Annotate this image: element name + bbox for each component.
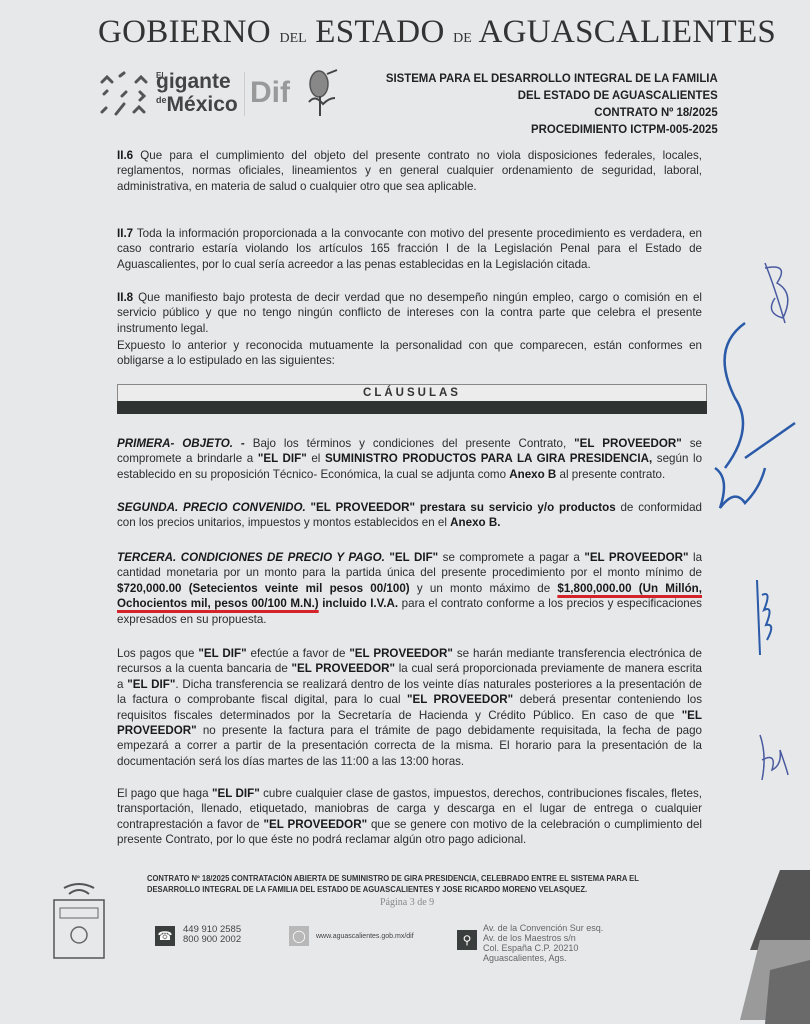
clause-bold: "EL PROVEEDOR" (292, 662, 395, 675)
dif-logo: Dif (250, 76, 290, 110)
logo-divider (244, 72, 245, 116)
section-ii6: II.6 Que para el cumplimiento del objeto… (117, 148, 702, 194)
address-line: Av. de la Convención Sur esq. (483, 923, 603, 933)
section-label: II.8 (117, 291, 133, 304)
clausulas-header: CLÁUSULAS (117, 384, 707, 414)
clause-text: al presente contrato. (556, 468, 665, 481)
gov-title-word: GOBIERNO (98, 14, 271, 50)
clause-title: SEGUNDA. PRECIO CONVENIDO. (117, 501, 306, 514)
clause-bold: "EL DIF" (198, 647, 246, 660)
procedure-number: PROCEDIMIENTO ICTPM-005-2025 (386, 121, 718, 138)
clause-bold: "EL PROVEEDOR" prestara su servicio y/o … (306, 501, 616, 514)
location-icon: ⚲ (457, 930, 477, 950)
footer-address: Av. de la Convención Sur esq. Av. de los… (483, 923, 603, 963)
gigante-logo-text: El gigante deMéxico (156, 72, 238, 114)
clause-title: PRIMERA- OBJETO. - (117, 437, 245, 450)
phone-number-2: 800 900 2002 (183, 935, 241, 945)
payments-paragraph: Los pagos que "EL DIF" efectúe a favor d… (117, 646, 702, 769)
section-text: Que para el cumplimiento del objeto del … (117, 149, 702, 193)
clause-tercera: TERCERA. CONDICIONES DE PRECIO Y PAGO. "… (117, 550, 702, 627)
gigante-el: El (156, 66, 164, 85)
section-text: Que manifiesto bajo protesta de decir ve… (117, 291, 702, 335)
clause-text: Bajo los términos y condiciones del pres… (245, 437, 574, 450)
section-ii8: II.8 Que manifiesto bajo protesta de dec… (117, 290, 702, 336)
contract-number: CONTRATO Nº 18/2025 (386, 104, 718, 121)
clause-text: se compromete a pagar a (438, 551, 584, 564)
gov-title-connector: DE (453, 31, 472, 46)
clause-bold: "EL PROVEEDOR" (349, 647, 453, 660)
clause-text: El pago que haga (117, 787, 212, 800)
dif-flower-icon (303, 68, 339, 118)
clause-text: y un monto máximo de (410, 582, 558, 595)
web-icon: ◯ (289, 926, 309, 946)
footer-website[interactable]: www.aguascalientes.gob.mx/dif (316, 932, 414, 942)
clausulas-title: CLÁUSULAS (117, 384, 707, 401)
footer-decorative-shape (720, 870, 810, 1024)
clause-segunda: SEGUNDA. PRECIO CONVENIDO. "EL PROVEEDOR… (117, 500, 702, 531)
footer-phones: 449 910 2585 800 900 2002 (183, 925, 241, 945)
government-title: GOBIERNO DEL ESTADO DE AGUASCALIENTES (98, 14, 738, 51)
section-label: II.6 (117, 149, 133, 162)
intro-paragraph: Expuesto lo anterior y reconocida mutuam… (117, 338, 702, 369)
signature-2 (705, 318, 800, 518)
gov-title-connector: DEL (279, 31, 306, 46)
clause-text: no presente la factura para el trámite d… (117, 724, 702, 768)
clause-bold: SUMINISTRO PRODUCTOS PARA LA GIRA PRESID… (325, 452, 652, 465)
clause-text: Los pagos que (117, 647, 198, 660)
org-name-line1: SISTEMA PARA EL DESARROLLO INTEGRAL DE L… (386, 70, 718, 87)
footer-contract-description: CONTRATO Nº 18/2025 CONTRATACIÓN ABIERTA… (147, 874, 679, 895)
payment-coverage-paragraph: El pago que haga "EL DIF" cubre cualquie… (117, 786, 702, 848)
signature-3 (752, 575, 782, 660)
clause-bold: "EL DIF" (212, 787, 260, 800)
clause-bold: incluido I.V.A. (319, 597, 398, 610)
clause-bold: "EL PROVEEDOR" (407, 693, 513, 706)
gov-title-word: ESTADO (315, 14, 444, 50)
clause-title: TERCERA. CONDICIONES DE PRECIO Y PAGO. (117, 551, 385, 564)
gigante-de: de (156, 95, 167, 105)
section-label: II.7 (117, 227, 133, 240)
address-line: Aguascalientes, Ags. (483, 953, 603, 963)
minimum-amount: $720,000.00 (Setecientos veinte mil peso… (117, 582, 410, 595)
gov-title-word: AGUASCALIENTES (479, 14, 777, 50)
clause-text: el (307, 452, 325, 465)
org-name-line2: DEL ESTADO DE AGUASCALIENTES (386, 87, 718, 104)
clausulas-dark-bar (117, 401, 707, 414)
phone-icon: ☎ (155, 926, 175, 946)
clause-bold: Anexo B. (450, 516, 500, 529)
clause-bold: "EL DIF" (127, 678, 175, 691)
clause-bold: "EL DIF" (385, 551, 438, 564)
gigante-word: gigante (156, 72, 238, 91)
gigante-mexico: México (167, 93, 238, 116)
page-number: Página 3 de 9 (380, 897, 434, 908)
gigante-logo-mark-icon (98, 68, 150, 118)
section-text: Toda la información proporcionada a la c… (117, 227, 702, 271)
header-org-block: SISTEMA PARA EL DESARROLLO INTEGRAL DE L… (386, 70, 718, 138)
clause-bold: "EL PROVEEDOR" (574, 437, 682, 450)
clause-bold: "EL DIF" (258, 452, 307, 465)
state-seal-icon (44, 880, 114, 965)
signature-4 (752, 730, 792, 785)
clause-bold: "EL PROVEEDOR" (584, 551, 688, 564)
clause-bold: "EL PROVEEDOR" (263, 818, 367, 831)
clause-text: efectúe a favor de (247, 647, 350, 660)
address-line: Av. de los Maestros s/n (483, 933, 603, 943)
clause-bold: Anexo B (509, 468, 556, 481)
section-ii7: II.7 Toda la información proporcionada a… (117, 226, 702, 272)
clause-primera: PRIMERA- OBJETO. - Bajo los términos y c… (117, 436, 702, 482)
address-line: Col. España C.P. 20210 (483, 943, 603, 953)
